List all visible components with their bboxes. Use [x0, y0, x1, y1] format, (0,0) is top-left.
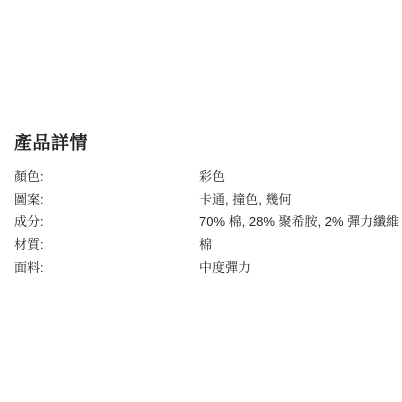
- section-title: 產品詳情: [14, 133, 88, 153]
- detail-value: 彩色: [199, 166, 392, 185]
- detail-label: 材質:: [14, 234, 199, 253]
- detail-row-material: 材質: 棉: [14, 232, 392, 255]
- detail-label: 圖案:: [14, 189, 199, 208]
- detail-value: 卡通, 撞色, 幾何: [199, 189, 392, 208]
- detail-row-color: 顏色: 彩色: [14, 164, 392, 187]
- detail-label: 成分:: [14, 211, 199, 230]
- product-details-panel: 產品詳情 顏色: 彩色 圖案: 卡通, 撞色, 幾何 成分: 70% 棉, 28…: [0, 0, 402, 402]
- detail-row-pattern: 圖案: 卡通, 撞色, 幾何: [14, 187, 392, 210]
- detail-label: 顏色:: [14, 166, 199, 185]
- detail-value: 70% 棉, 28% 聚希胺, 2% 彈力纖維: [199, 211, 399, 230]
- detail-value: 棉: [199, 234, 392, 253]
- detail-row-fabric: 面料: 中度彈力: [14, 255, 392, 278]
- detail-value: 中度彈力: [199, 257, 392, 276]
- detail-label: 面料:: [14, 257, 199, 276]
- details-table: 顏色: 彩色 圖案: 卡通, 撞色, 幾何 成分: 70% 棉, 28% 聚希胺…: [14, 164, 392, 278]
- detail-row-composition: 成分: 70% 棉, 28% 聚希胺, 2% 彈力纖維: [14, 210, 392, 233]
